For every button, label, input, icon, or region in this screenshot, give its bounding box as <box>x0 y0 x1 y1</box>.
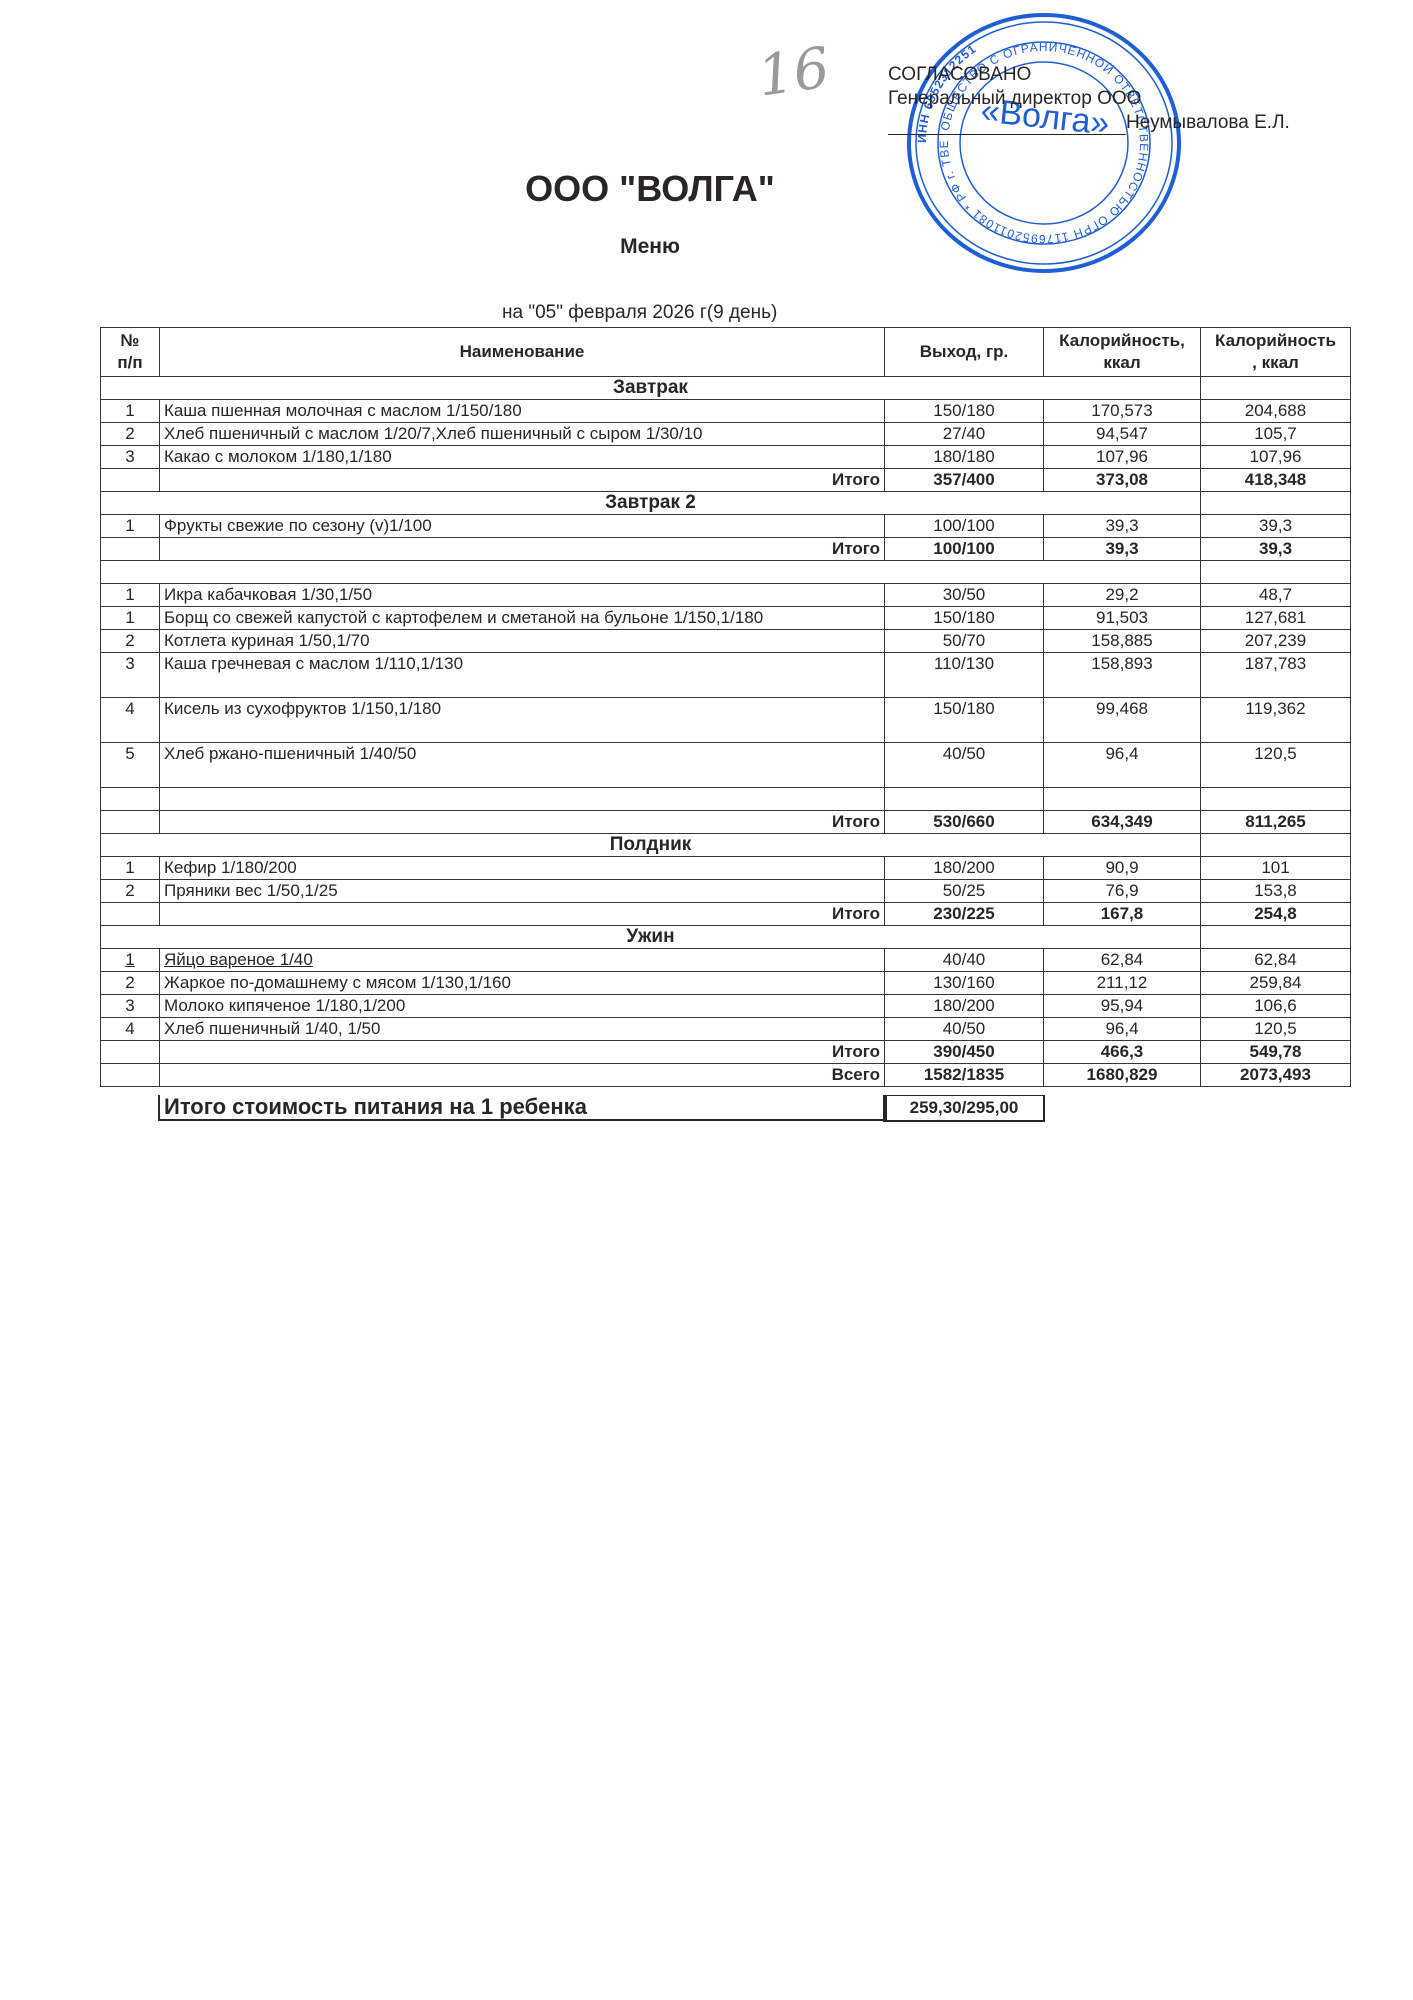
section-header-lunch <box>101 561 1351 584</box>
dish-name: Хлеб пшеничный 1/40, 1/50 <box>160 1018 885 1041</box>
blank-cell <box>1201 788 1351 811</box>
dish-yield: 100/100 <box>885 515 1044 538</box>
col-header-yield: Выход, гр. <box>885 328 1044 377</box>
dish-calories: 96,4 <box>1044 1018 1201 1041</box>
table-header-row: №п/п Наименование Выход, гр. Калорийност… <box>101 328 1351 377</box>
grand-total-calories-2: 2073,493 <box>1201 1064 1351 1087</box>
row-number: 1 <box>101 949 160 972</box>
subtotal-yield: 357/400 <box>885 469 1044 492</box>
row-number: 2 <box>101 880 160 903</box>
dish-calories: 96,4 <box>1044 743 1201 788</box>
approval-signer: Неумывалова Е.Л. <box>1126 112 1290 133</box>
table-row: 3Каша гречневая с маслом 1/110,1/130110/… <box>101 653 1351 698</box>
subtotal-calories: 634,349 <box>1044 811 1201 834</box>
dish-calories-2: 207,239 <box>1201 630 1351 653</box>
section-title: Ужин <box>101 926 1201 949</box>
dish-calories: 170,573 <box>1044 400 1201 423</box>
approval-position: Генеральный директор ООО <box>888 87 1290 111</box>
row-number: 3 <box>101 653 160 698</box>
dish-yield: 180/200 <box>885 857 1044 880</box>
blank-cell <box>101 811 160 834</box>
table-row: 2Котлета куриная 1/50,1/7050/70158,88520… <box>101 630 1351 653</box>
signature-line <box>888 116 1126 135</box>
section-title: Завтрак <box>101 377 1201 400</box>
dish-yield: 150/180 <box>885 607 1044 630</box>
dish-calories: 62,84 <box>1044 949 1201 972</box>
row-number: 4 <box>101 1018 160 1041</box>
dish-yield: 50/70 <box>885 630 1044 653</box>
row-number: 4 <box>101 698 160 743</box>
blank-cell <box>101 469 160 492</box>
subtotal-row-dinner: Итого390/450466,3549,78 <box>101 1041 1351 1064</box>
subtotal-calories-2: 254,8 <box>1201 903 1351 926</box>
dish-calories-2: 62,84 <box>1201 949 1351 972</box>
col-header-calories-2: Калорийность, ккал <box>1201 328 1351 377</box>
dish-calories: 99,468 <box>1044 698 1201 743</box>
dish-calories-2: 127,681 <box>1201 607 1351 630</box>
section-blank-cell <box>1201 834 1351 857</box>
subtotal-calories: 39,3 <box>1044 538 1201 561</box>
table-row: 2Жаркое по-домашнему с мясом 1/130,1/160… <box>101 972 1351 995</box>
section-header-dinner: Ужин <box>101 926 1351 949</box>
dish-calories-2: 120,5 <box>1201 743 1351 788</box>
dish-calories-2: 105,7 <box>1201 423 1351 446</box>
dish-calories: 90,9 <box>1044 857 1201 880</box>
blank-cell <box>101 1064 160 1087</box>
approval-title: СОГЛАСОВАНО <box>888 63 1290 87</box>
dish-calories: 158,885 <box>1044 630 1201 653</box>
dish-calories-2: 153,8 <box>1201 880 1351 903</box>
dish-yield: 130/160 <box>885 972 1044 995</box>
dish-yield: 150/180 <box>885 400 1044 423</box>
subtotal-label: Итого <box>160 903 885 926</box>
dish-yield: 110/130 <box>885 653 1044 698</box>
dish-calories: 39,3 <box>1044 515 1201 538</box>
table-row: 3Молоко кипяченое 1/180,1/200180/20095,9… <box>101 995 1351 1018</box>
dish-name: Кисель из сухофруктов 1/150,1/180 <box>160 698 885 743</box>
blank-row <box>101 788 1351 811</box>
subtotal-label: Итого <box>160 469 885 492</box>
menu-table: №п/п Наименование Выход, гр. Калорийност… <box>100 327 1351 1087</box>
row-number: 3 <box>101 446 160 469</box>
table-row: 1Каша пшенная молочная с маслом 1/150/18… <box>101 400 1351 423</box>
subtotal-calories: 373,08 <box>1044 469 1201 492</box>
dish-name: Котлета куриная 1/50,1/70 <box>160 630 885 653</box>
dish-calories-2: 107,96 <box>1201 446 1351 469</box>
dish-calories-2: 204,688 <box>1201 400 1351 423</box>
dish-name: Молоко кипяченое 1/180,1/200 <box>160 995 885 1018</box>
row-number: 1 <box>101 857 160 880</box>
subtotal-row-breakfast: Итого357/400373,08418,348 <box>101 469 1351 492</box>
section-blank-cell <box>1201 561 1351 584</box>
dish-calories-2: 187,783 <box>1201 653 1351 698</box>
dish-calories-2: 119,362 <box>1201 698 1351 743</box>
subtotal-row-lunch: Итого530/660634,349811,265 <box>101 811 1351 834</box>
subtotal-label: Итого <box>160 811 885 834</box>
table-row: 2Хлеб пшеничный с маслом 1/20/7,Хлеб пше… <box>101 423 1351 446</box>
dish-name: Яйцо вареное 1/40 <box>160 949 885 972</box>
dish-name: Хлеб ржано-пшеничный 1/40/50 <box>160 743 885 788</box>
row-number: 1 <box>101 607 160 630</box>
blank-cell <box>101 1041 160 1064</box>
dish-name: Какао с молоком 1/180,1/180 <box>160 446 885 469</box>
col-header-calories: Калорийность,ккал <box>1044 328 1201 377</box>
subtotal-yield: 530/660 <box>885 811 1044 834</box>
table-row: 4Хлеб пшеничный 1/40, 1/5040/5096,4120,5 <box>101 1018 1351 1041</box>
menu-date: на "05" февраля 2026 г(9 день) <box>502 302 777 324</box>
table-row: 4Кисель из сухофруктов 1/150,1/180150/18… <box>101 698 1351 743</box>
dish-name: Икра кабачковая 1/30,1/50 <box>160 584 885 607</box>
dish-calories-2: 106,6 <box>1201 995 1351 1018</box>
dish-yield: 30/50 <box>885 584 1044 607</box>
dish-calories: 107,96 <box>1044 446 1201 469</box>
row-number: 2 <box>101 972 160 995</box>
dish-calories-2: 39,3 <box>1201 515 1351 538</box>
row-number: 2 <box>101 630 160 653</box>
subtotal-yield: 100/100 <box>885 538 1044 561</box>
table-row: 1Борщ со свежей капустой с картофелем и … <box>101 607 1351 630</box>
table-row: 1Икра кабачковая 1/30,1/5030/5029,248,7 <box>101 584 1351 607</box>
dish-calories: 29,2 <box>1044 584 1201 607</box>
subtotal-calories-2: 418,348 <box>1201 469 1351 492</box>
dish-name: Пряники вес 1/50,1/25 <box>160 880 885 903</box>
dish-yield: 40/50 <box>885 743 1044 788</box>
dish-yield: 150/180 <box>885 698 1044 743</box>
subtotal-calories: 466,3 <box>1044 1041 1201 1064</box>
subtotal-label: Итого <box>160 538 885 561</box>
dish-name: Каша пшенная молочная с маслом 1/150/180 <box>160 400 885 423</box>
grand-total-yield: 1582/1835 <box>885 1064 1044 1087</box>
table-row: 3Какао с молоком 1/180,1/180180/180107,9… <box>101 446 1351 469</box>
dish-name: Борщ со свежей капустой с картофелем и с… <box>160 607 885 630</box>
blank-cell <box>101 788 160 811</box>
blank-cell <box>101 538 160 561</box>
dish-yield: 27/40 <box>885 423 1044 446</box>
table-row: 5Хлеб ржано-пшеничный 1/40/5040/5096,412… <box>101 743 1351 788</box>
section-blank-cell <box>1201 926 1351 949</box>
subtotal-label: Итого <box>160 1041 885 1064</box>
section-blank-cell <box>1201 492 1351 515</box>
subtotal-yield: 230/225 <box>885 903 1044 926</box>
subtotal-row-snack: Итого230/225167,8254,8 <box>101 903 1351 926</box>
dish-yield: 50/25 <box>885 880 1044 903</box>
subtotal-yield: 390/450 <box>885 1041 1044 1064</box>
dish-name: Фрукты свежие по сезону (v)1/100 <box>160 515 885 538</box>
row-number: 1 <box>101 584 160 607</box>
subtotal-calories-2: 39,3 <box>1201 538 1351 561</box>
dish-yield: 40/40 <box>885 949 1044 972</box>
dish-calories-2: 48,7 <box>1201 584 1351 607</box>
dish-yield: 40/50 <box>885 1018 1044 1041</box>
dish-calories: 158,893 <box>1044 653 1201 698</box>
company-seal-stamp: ИНН 6952312251 ОБЩЕСТВО С ОГРАНИЧЕННОЙ О… <box>905 10 1183 276</box>
table-row: 1Кефир 1/180/200180/20090,9101 <box>101 857 1351 880</box>
dish-name: Кефир 1/180/200 <box>160 857 885 880</box>
dish-calories-2: 259,84 <box>1201 972 1351 995</box>
col-header-name: Наименование <box>160 328 885 377</box>
blank-cell <box>101 903 160 926</box>
section-title: Полдник <box>101 834 1201 857</box>
cost-value: 259,30/295,00 <box>883 1095 1045 1122</box>
row-number: 2 <box>101 423 160 446</box>
dish-calories: 211,12 <box>1044 972 1201 995</box>
section-title: Завтрак 2 <box>101 492 1201 515</box>
section-header-breakfast2: Завтрак 2 <box>101 492 1351 515</box>
row-number: 3 <box>101 995 160 1018</box>
subtotal-row-breakfast2: Итого100/10039,339,3 <box>101 538 1351 561</box>
subtotal-calories: 167,8 <box>1044 903 1201 926</box>
dish-yield: 180/180 <box>885 446 1044 469</box>
blank-cell <box>885 788 1044 811</box>
handwritten-page-number: 16 <box>754 35 834 109</box>
dish-yield: 180/200 <box>885 995 1044 1018</box>
dish-calories-2: 101 <box>1201 857 1351 880</box>
table-row: 2Пряники вес 1/50,1/2550/2576,9153,8 <box>101 880 1351 903</box>
table-row: 1Яйцо вареное 1/4040/4062,8462,84 <box>101 949 1351 972</box>
dish-calories: 94,547 <box>1044 423 1201 446</box>
blank-cell <box>1044 788 1201 811</box>
row-number: 5 <box>101 743 160 788</box>
grand-total-row: Всего1582/18351680,8292073,493 <box>101 1064 1351 1087</box>
row-number: 1 <box>101 400 160 423</box>
subtotal-calories-2: 811,265 <box>1201 811 1351 834</box>
approval-block: СОГЛАСОВАНО Генеральный директор ООО Неу… <box>888 63 1290 135</box>
grand-total-calories: 1680,829 <box>1044 1064 1201 1087</box>
dish-name: Хлеб пшеничный с маслом 1/20/7,Хлеб пшен… <box>160 423 885 446</box>
section-header-snack: Полдник <box>101 834 1351 857</box>
section-blank-cell <box>1201 377 1351 400</box>
section-title <box>101 561 1201 584</box>
dish-calories: 95,94 <box>1044 995 1201 1018</box>
dish-name: Жаркое по-домашнему с мясом 1/130,1/160 <box>160 972 885 995</box>
dish-calories: 91,503 <box>1044 607 1201 630</box>
subtotal-calories-2: 549,78 <box>1201 1041 1351 1064</box>
cost-label: Итого стоимость питания на 1 ребенка <box>158 1095 887 1121</box>
dish-name: Каша гречневая с маслом 1/110,1/130 <box>160 653 885 698</box>
table-row: 1Фрукты свежие по сезону (v)1/100100/100… <box>101 515 1351 538</box>
grand-total-label: Всего <box>160 1064 885 1087</box>
dish-calories: 76,9 <box>1044 880 1201 903</box>
section-header-breakfast: Завтрак <box>101 377 1351 400</box>
blank-cell <box>160 788 885 811</box>
dish-calories-2: 120,5 <box>1201 1018 1351 1041</box>
col-header-num: №п/п <box>101 328 160 377</box>
row-number: 1 <box>101 515 160 538</box>
